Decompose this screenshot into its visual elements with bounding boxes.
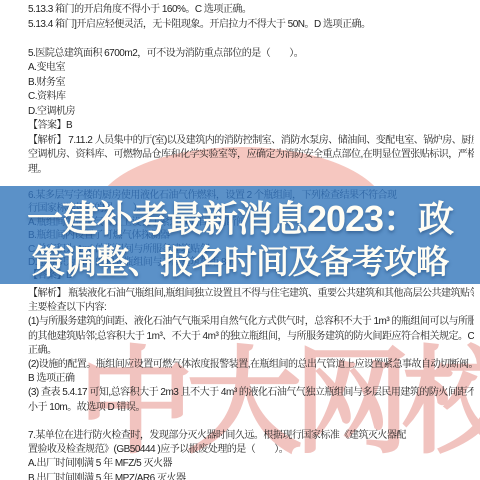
banner-title-line1: 一建补考最新消息2023：政 xyxy=(0,197,480,240)
doc-line xyxy=(28,415,474,429)
analysis-point-3: (3) 查表 5.4.17 可知,总容积大于 2m3 且不大于 4m³ 的液化石… xyxy=(28,386,474,400)
option-c: C.资料库 xyxy=(28,90,474,105)
analysis-line: 【解析】 7.11.2 人员集中的厅(室)以及建筑内的消防控制室、消防水泵房、储… xyxy=(28,134,474,149)
analysis-line: 正确。 xyxy=(28,344,474,358)
option-b: B.出厂时间刚满 5 年 MPZ/AR6 灭火器 xyxy=(28,472,474,480)
analysis-line: 主要检查以下内容: xyxy=(28,301,474,315)
analysis-point-2: (2)设施的配置。瓶组间应设置可燃气体浓度报警装置,在瓶组间的总出气管道上应设置… xyxy=(28,358,474,372)
option-a: A.变电室 xyxy=(28,61,474,76)
doc-line xyxy=(28,32,474,47)
question-7: 7.某单位在进行防火检查时，发现部分灭火器时间久远。根据现行国家标准《建筑灭火器… xyxy=(28,429,474,443)
analysis-line: B 选项正确 xyxy=(28,372,474,386)
document-bottom-section: 【解析】 瓶装液化石油气瓶组间,瓶组间独立设置且不得与住宅建筑、重要公共建筑和其… xyxy=(28,287,474,480)
doc-line: 5.13.4 箱门]开启应轻便灵活，无卡阻现象。开启拉力不得大于 50N。D 选… xyxy=(28,18,474,33)
analysis-line: 小于 10m。故选项 D 错误。 xyxy=(28,401,474,415)
option-b: B.财务室 xyxy=(28,76,474,91)
analysis-line: 空调机房、资料库、可燃物品仓库和化学实验室等，应确定为消防安全重点部位,在明显位… xyxy=(28,148,474,163)
doc-line: 5.13.3 箱门的开启角度不得小于 160%。C 选项正确。 xyxy=(28,3,474,18)
analysis-line: 理。 xyxy=(28,163,474,178)
option-d: D.空调机房 xyxy=(28,105,474,120)
question-5: 5.医院总建筑面积 6700m2，可不设为消防重点部位的是（ ）。 xyxy=(28,47,474,62)
analysis-line: 【解析】 瓶装液化石油气瓶组间,瓶组间独立设置且不得与住宅建筑、重要公共建筑和其… xyxy=(28,287,474,301)
banner-title-line2: 策调整、报名时间及备考攻略 xyxy=(0,240,480,283)
document-top-section: 5.13.3 箱门的开启角度不得小于 160%。C 选项正确。 5.13.4 箱… xyxy=(28,3,474,177)
answer-line: 【答案】B xyxy=(28,119,474,134)
promo-banner-title: 一建补考最新消息2023：政 策调整、报名时间及备考攻略 xyxy=(0,197,480,283)
document-page: 中大网校 5.13.3 箱门的开启角度不得小于 160%。C 选项正确。 5.1… xyxy=(0,0,480,480)
question-7-cont: 置验收及检查规范》(GB50444 )应予以报废处理的是（ ）。 xyxy=(28,443,474,457)
option-a: A.出厂时间刚满 5 年 MFZ/5 灭火器 xyxy=(28,457,474,471)
analysis-point-1: (1)与所服务建筑的间距、液化石油气气瓶采用自然气化方式供气时，总容积不大于 1… xyxy=(28,315,474,329)
analysis-point-1-cont: 的其他建筑贴邻;总容积大于 1m³、不大于 4m³ 的独立瓶组间，与所服务建筑的… xyxy=(28,330,474,344)
